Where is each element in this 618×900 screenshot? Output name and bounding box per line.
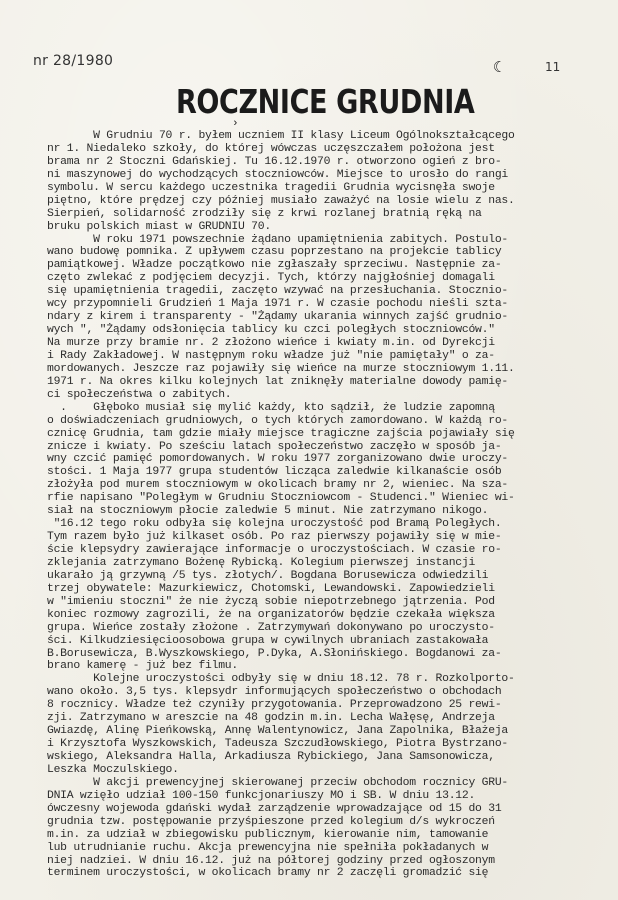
text-line: cznicę Grudnia, tam gdzie miały miejsce … <box>47 428 587 441</box>
text-line: . Głęboko musiał się mylić każdy, kto są… <box>47 402 587 415</box>
text-line: mordowanych. Jeszcze raz pojawiły się wi… <box>47 363 587 376</box>
text-line: 8 rocznicy. Władze też czyniły przygotow… <box>47 699 587 712</box>
text-line: Gwiazdę, Alinę Pieńkowską, Annę Walentyn… <box>47 725 587 738</box>
text-line: nr 1. Niedaleko szkoły, do której wówcza… <box>47 143 587 156</box>
text-line: wych ", "Żądamy odsłonięcia tablicy ku c… <box>47 324 587 337</box>
text-line: Leszka Moczulskiego. <box>47 764 587 777</box>
text-line: ndary z kirem i transparenty - "Żądamy u… <box>47 311 587 324</box>
text-line: terminem uroczystości, w okolicach bramy… <box>47 867 587 880</box>
text-line: piętno, które prędzej czy później musiał… <box>47 195 587 208</box>
article-body: W Grudniu 70 r. byłem uczniem II klasy L… <box>47 130 587 880</box>
issue-number: nr 28/1980 <box>33 53 113 69</box>
text-line: trzej obywatele: Mazurkiewicz, Chotomski… <box>47 583 587 596</box>
text-line: B.Borusewicza, B.Wyszkowskiego, P.Dyka, … <box>47 648 587 661</box>
page-number: 11 <box>545 60 560 74</box>
text-line: niej nadziei. W dniu 16.12. już na półto… <box>47 855 587 868</box>
text-line: wskiego, Aleksandra Halla, Arkadiusza Ry… <box>47 751 587 764</box>
text-line: symbolu. W sercu każdego uczestnika trag… <box>47 182 587 195</box>
text-line: brano kamerę - już bez filmu. <box>47 660 587 673</box>
text-line: bruku polskich miast w GRUDNIU 70. <box>47 221 587 234</box>
text-line: ście klepsydry zawierające informacje o … <box>47 544 587 557</box>
text-line: Kolejne uroczystości odbyły się w dniu 1… <box>47 673 587 686</box>
text-line: rfie napisano "Poległym w Grudniu Stoczn… <box>47 492 587 505</box>
text-line: grupa. Wieńce zostały złożone . Zatrzymy… <box>47 622 587 635</box>
text-line: zklejania zatrzymano Bożenę Rybicką. Kol… <box>47 557 587 570</box>
text-line: częto zwlekać z podjęciem decyzji. Tych,… <box>47 272 587 285</box>
text-line: siał na stoczniowym płocie zaledwie 5 mi… <box>47 505 587 518</box>
text-line: "16.12 tego roku odbyła się kolejna uroc… <box>47 518 587 531</box>
crescent-moon-icon: ☾ <box>493 62 505 76</box>
text-line: W akcji prewencyjnej skierowanej przeciw… <box>47 777 587 790</box>
text-line: wny czcić pamięć pomordowanych. W roku 1… <box>47 453 587 466</box>
text-line: ówczesny wojewoda gdański wydał zarządze… <box>47 803 587 816</box>
text-line: Tym razem było już kilkaset osób. Po raz… <box>47 531 587 544</box>
text-line: wano około. 3,5 tys. klepsydr informując… <box>47 686 587 699</box>
text-line: m.in. za udział w zbiegowisku publicznym… <box>47 829 587 842</box>
text-line: w "imieniu stoczni" że nie życzą sobie n… <box>47 596 587 609</box>
text-line: lub utrudnianie ruchu. Akcja prewencyjna… <box>47 842 587 855</box>
text-line: ści. Kilkudziesięcioosobowa grupa w cywi… <box>47 635 587 648</box>
document-page: nr 28/1980 ☾ 11 ROCZNICE GRUDNIA › W Gru… <box>0 0 618 900</box>
title-correction-mark-icon: › <box>232 118 239 130</box>
text-line: wcy przypomnieli Grudzień 1 Maja 1971 r.… <box>47 298 587 311</box>
text-line: stości. 1 Maja 1977 grupa studentów licz… <box>47 466 587 479</box>
text-line: znicze i kwiaty. Po sześciu latach społe… <box>47 441 587 454</box>
text-line: się upamiętnienia tragedii, zaczęto wzyw… <box>47 285 587 298</box>
text-line: i Rady Zakładowej. W następnym roku wład… <box>47 350 587 363</box>
text-line: Sierpień, solidarność zrodziły się z krw… <box>47 208 587 221</box>
text-line: DNIA wzięło udział 100-150 funkcjonarius… <box>47 790 587 803</box>
text-line: o doświadczeniach grudniowych, o tych kt… <box>47 415 587 428</box>
text-line: brama nr 2 Stoczni Gdańskiej. Tu 16.12.1… <box>47 156 587 169</box>
text-line: zji. Zatrzymano w areszcie na 48 godzin … <box>47 712 587 725</box>
text-line: ukarało ją grzywną /5 tys. złotych/. Bog… <box>47 570 587 583</box>
text-line: koniec rozmowy zagrozili, że na organiza… <box>47 609 587 622</box>
text-line: i Krzysztofa Wyszkowskich, Tadeusza Szcz… <box>47 738 587 751</box>
text-line: 1971 r. Na okres kilku kolejnych lat zni… <box>47 376 587 389</box>
text-line: W roku 1971 powszechnie żądano upamiętni… <box>47 234 587 247</box>
text-line: pamiątkowej. Władze początkowo nie zgłas… <box>47 259 587 272</box>
text-line: wano budowę pomnika. Z upływem czasu pop… <box>47 246 587 259</box>
text-line: Na murze przy bramie nr. 2 złożono wieńc… <box>47 337 587 350</box>
text-line: grudnia tzw. postępowanie przyśpieszone … <box>47 816 587 829</box>
article-title: ROCZNICE GRUDNIA <box>176 82 474 121</box>
text-line: złożyła pod murem stoczniowym w okolicac… <box>47 479 587 492</box>
text-line: ci społeczeństwa o zabitych. <box>47 389 587 402</box>
text-line: W Grudniu 70 r. byłem uczniem II klasy L… <box>47 130 587 143</box>
text-line: ni maszynowej do wychodzących stoczniowc… <box>47 169 587 182</box>
